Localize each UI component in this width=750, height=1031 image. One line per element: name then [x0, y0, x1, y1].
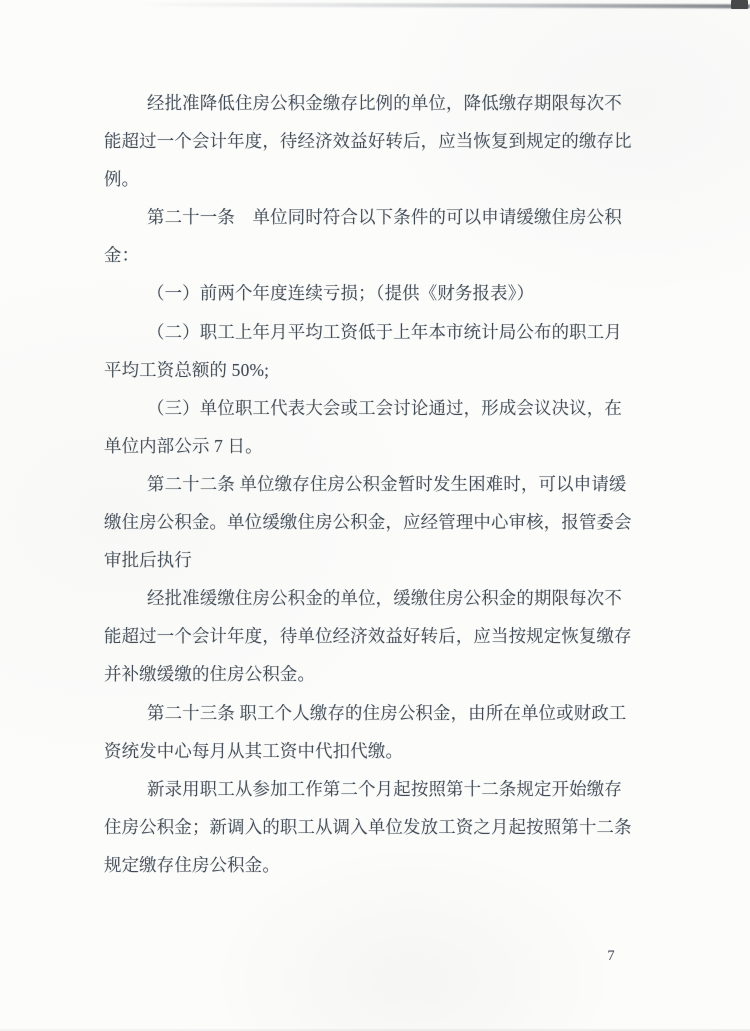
text-line-article-22: 第二十二条 单位缴存住房公积金暂时发生困难时，可以申请缓 [104, 465, 640, 503]
paragraph: 第二十二条 单位缴存住房公积金暂时发生困难时，可以申请缓 缴住房公积金。单位缓缴… [104, 465, 640, 579]
text-line: 经批准降低住房公积金缴存比例的单位，降低缴存期限每次不 [104, 84, 640, 122]
paragraph: （二）职工上年月平均工资低于上年本市统计局公布的职工月 平均工资总额的 50%; [104, 313, 640, 389]
paragraph: 经批准降低住房公积金缴存比例的单位，降低缴存期限每次不 能超过一个会计年度，待经… [104, 84, 640, 198]
paragraph: （三）单位职工代表大会或工会讨论通过，形成会议决议，在 单位内部公示 7 日。 [104, 389, 640, 465]
paragraph: 经批准缓缴住房公积金的单位，缓缴住房公积金的期限每次不 能超过一个会计年度，待单… [104, 579, 640, 693]
text-line: 新录用职工从参加工作第二个月起按照第十二条规定开始缴存 [104, 770, 640, 808]
document-body: 经批准降低住房公积金缴存比例的单位，降低缴存期限每次不 能超过一个会计年度，待经… [104, 84, 640, 884]
paragraph: （一）前两个年度连续亏损；（提供《财务报表》） [104, 274, 640, 312]
text-line: 金： [104, 236, 640, 274]
scanned-document-page: 经批准降低住房公积金缴存比例的单位，降低缴存期限每次不 能超过一个会计年度，待经… [0, 0, 750, 1031]
text-line-item-2: （二）职工上年月平均工资低于上年本市统计局公布的职工月 [104, 313, 640, 351]
text-line-item-3: （三）单位职工代表大会或工会讨论通过，形成会议决议，在 [104, 389, 640, 427]
text-line: 审批后执行 [104, 541, 640, 579]
text-line: 单位内部公示 7 日。 [104, 427, 640, 465]
text-line-article-21: 第二十一条 单位同时符合以下条件的可以申请缓缴住房公积 [104, 198, 640, 236]
scan-artifact-corner-mark [731, 0, 748, 9]
text-line: 经批准缓缴住房公积金的单位，缓缴住房公积金的期限每次不 [104, 579, 640, 617]
paragraph: 新录用职工从参加工作第二个月起按照第十二条规定开始缴存 住房公积金；新调入的职工… [104, 770, 640, 884]
page-number: 7 [598, 946, 624, 966]
text-line: 能超过一个会计年度，待单位经济效益好转后，应当按规定恢复缴存 [104, 617, 640, 655]
text-line: 并补缴缓缴的住房公积金。 [104, 655, 640, 693]
paragraph: 第二十一条 单位同时符合以下条件的可以申请缓缴住房公积 金： [104, 198, 640, 274]
text-line: 能超过一个会计年度，待经济效益好转后，应当恢复到规定的缴存比 [104, 122, 640, 160]
text-line: 平均工资总额的 50%; [104, 351, 640, 389]
scan-artifact-top-line [0, 2, 750, 8]
text-line-article-23: 第二十三条 职工个人缴存的住房公积金，由所在单位或财政工 [104, 694, 640, 732]
text-line: 缴住房公积金。单位缓缴住房公积金，应经管理中心审核，报管委会 [104, 503, 640, 541]
text-line: 规定缴存住房公积金。 [104, 846, 640, 884]
paragraph: 第二十三条 职工个人缴存的住房公积金，由所在单位或财政工 资统发中心每月从其工资… [104, 694, 640, 770]
text-line-item-1: （一）前两个年度连续亏损；（提供《财务报表》） [104, 274, 640, 312]
text-line: 住房公积金；新调入的职工从调入单位发放工资之月起按照第十二条 [104, 808, 640, 846]
text-line: 例。 [104, 160, 640, 198]
text-line: 资统发中心每月从其工资中代扣代缴。 [104, 732, 640, 770]
